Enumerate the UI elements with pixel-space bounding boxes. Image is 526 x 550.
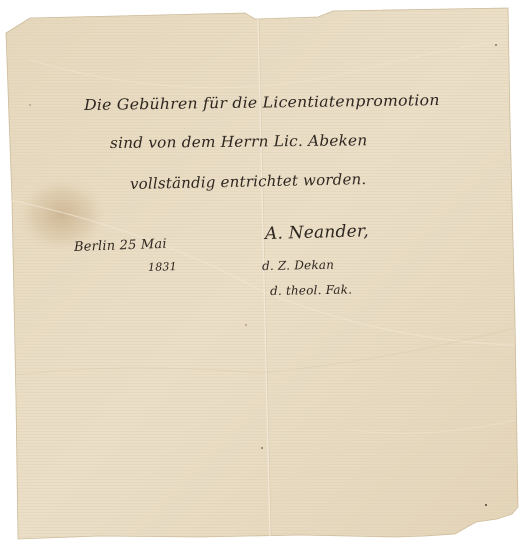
signature-name: A. Neander,: [265, 221, 369, 244]
dateline-year: 1831: [148, 260, 177, 274]
paper-sheet: [0, 0, 526, 550]
signature-title-line-2: d. theol. Fak.: [270, 283, 352, 298]
body-line-2: sind von dem Herrn Lic. Abeken: [110, 131, 368, 152]
signature-title-line-1: d. Z. Dekan: [262, 258, 334, 273]
